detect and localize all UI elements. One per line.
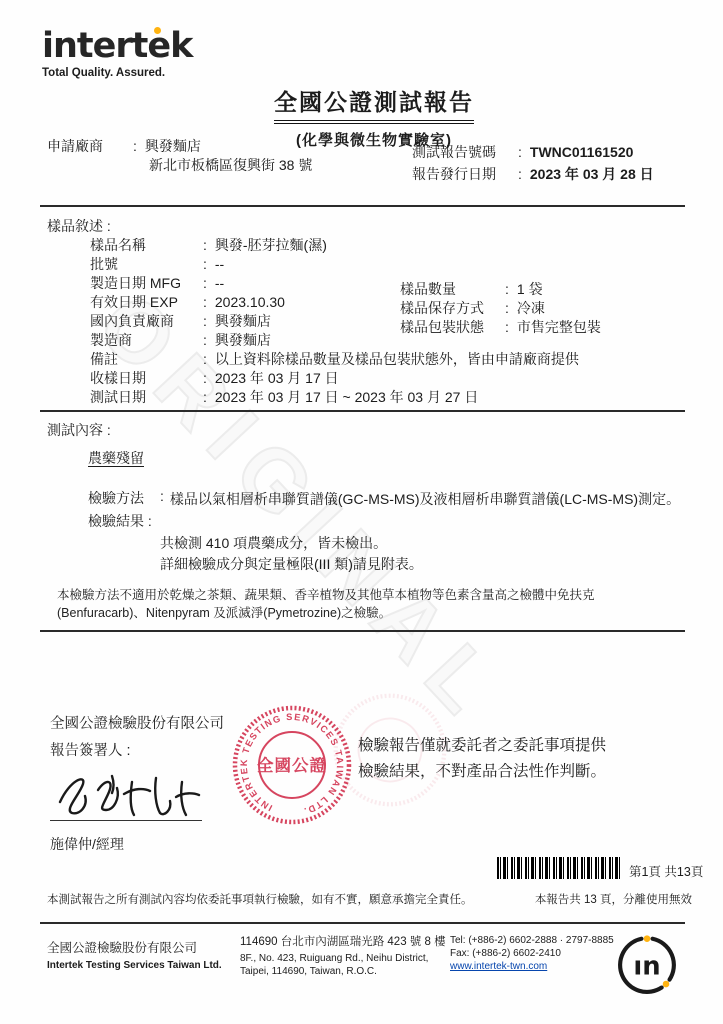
field-label: 國內負責廠商 — [90, 312, 195, 331]
footer-company-en: Intertek Testing Services Taiwan Ltd. — [47, 960, 222, 971]
method-label: 檢驗方法 — [88, 488, 160, 510]
field-value: 興發麵店 — [215, 331, 271, 350]
field-value: 冷凍 — [517, 299, 545, 318]
divider — [40, 630, 685, 632]
field-label: 備註 — [90, 350, 195, 369]
field-label: 樣品保存方式 — [400, 299, 497, 318]
bottom-left-disclaimer: 本測試報告之所有測試內容均依委託事項執行檢驗，如有不實，願意承擔完全責任。 — [47, 891, 473, 907]
divider — [40, 922, 685, 924]
result-label: 檢驗結果 : — [88, 511, 687, 531]
report-no-value: TWNC01161520 — [530, 141, 634, 163]
applicant-label: 申請廠商 — [47, 137, 125, 156]
disclaimer-line: 檢驗報告僅就委託者之委託事項提供 — [358, 733, 606, 759]
report-no-label: 測試報告號碼 — [412, 141, 510, 163]
signature-block: 全國公證檢驗股份有限公司 報告簽署人 : 施偉仲/經理 — [50, 712, 224, 854]
intertek-logo-text: intertek — [42, 26, 192, 66]
barcode — [497, 857, 621, 879]
footer-address-en: 8F., No. 423, Ruiguang Rd., Neihu Distri… — [240, 952, 446, 965]
footer-fax: Fax: (+886-2) 6602-2410 — [450, 947, 614, 960]
divider — [40, 205, 685, 207]
field-label: 測試日期 — [90, 388, 195, 407]
field-label: 收樣日期 — [90, 369, 195, 388]
bottom-right-note: 本報告共 13 頁，分離使用無效 — [535, 891, 692, 907]
signer-label: 報告簽署人 : — [50, 739, 224, 760]
field-value: 2023 年 03 月 17 日 ~ 2023 年 03 月 27 日 — [215, 388, 478, 407]
sample-right-column: 樣品數量1 袋 樣品保存方式冷凍 樣品包裝狀態市售完整包裝 — [400, 280, 601, 337]
report-meta-block: 測試報告號碼 TWNC01161520 報告發行日期 2023 年 03 月 2… — [412, 141, 654, 185]
field-value: -- — [215, 255, 224, 274]
field-label: 樣品包裝狀態 — [400, 318, 497, 337]
test-section: 測試內容 : 農藥殘留 檢驗方法 樣品以氣相層析串聯質譜儀(GC-MS-MS)及… — [47, 420, 687, 575]
bottom-disclaimer-row: 本測試報告之所有測試內容均依委託事項執行檢驗，如有不實，願意承擔完全責任。 本報… — [47, 891, 692, 907]
test-section-title: 測試內容 : — [47, 420, 687, 440]
field-label: 有效日期 EXP — [90, 293, 195, 312]
issue-date-value: 2023 年 03 月 28 日 — [530, 163, 654, 185]
result-line: 共檢測 410 項農藥成分，皆未檢出。 — [160, 533, 687, 554]
sample-section-title: 樣品敘述 : — [47, 216, 687, 236]
field-value: 市售完整包裝 — [517, 318, 601, 337]
test-item-name: 農藥殘留 — [88, 448, 144, 468]
disclaimer-line: 檢驗結果，不對產品合法性作判斷。 — [358, 759, 606, 785]
method-text: 樣品以氣相層析串聯質譜儀(GC-MS-MS)及液相層析串聯質譜儀(LC-MS-M… — [170, 488, 686, 510]
report-page: ORIGINAL intertek Total Quality. Assured… — [0, 0, 723, 1024]
footer-tel: Tel: (+886-2) 6602-2888 · 2797-8885 — [450, 934, 614, 947]
field-value: -- — [215, 274, 224, 293]
signature-image — [54, 766, 214, 818]
field-value: 興發-胚芽拉麵(濕) — [215, 236, 327, 255]
field-label: 製造日期 MFG — [90, 274, 195, 293]
issue-date-label: 報告發行日期 — [412, 163, 510, 185]
footer-address-zh: 114690 台北市內湖區瑞光路 423 號 8 樓 — [240, 936, 446, 949]
field-label: 樣品數量 — [400, 280, 497, 299]
footer-company-zh: 全國公證檢驗股份有限公司 — [47, 938, 222, 956]
field-label: 樣品名稱 — [90, 236, 195, 255]
result-line: 詳細檢驗成分與定量極限(III 類)請見附表。 — [160, 554, 687, 575]
field-value: 1 袋 — [517, 280, 543, 299]
intertek-logo: intertek Total Quality. Assured. — [42, 26, 192, 79]
divider — [40, 410, 685, 412]
footer-website-link[interactable]: www.intertek-twn.com — [450, 961, 547, 972]
report-title: 全國公證測試報告 — [274, 84, 474, 124]
issuing-company: 全國公證檢驗股份有限公司 — [50, 712, 224, 733]
intertek-roundel-icon: ın — [616, 934, 678, 996]
roundel-in-mark: ın — [633, 951, 660, 981]
field-value: 2023 年 03 月 17 日 — [215, 369, 339, 388]
signer-name: 施偉仲/經理 — [50, 834, 224, 854]
applicant-name: 興發麵店 — [145, 137, 201, 156]
footer-address-en: Taipei, 114690, Taiwan, R.O.C. — [240, 965, 446, 978]
applicant-block: 申請廠商 興發麵店 新北市板橋區復興街 38 號 — [47, 137, 312, 175]
field-label: 製造商 — [90, 331, 195, 350]
logo-tagline: Total Quality. Assured. — [42, 67, 192, 79]
signature-line — [50, 820, 202, 821]
field-label: 批號 — [90, 255, 195, 274]
field-value: 興發麵店 — [215, 312, 271, 331]
report-scope-disclaimer: 檢驗報告僅就委託者之委託事項提供 檢驗結果，不對產品合法性作判斷。 — [358, 733, 606, 785]
page-number: 第1頁 共13頁 — [629, 862, 703, 880]
field-value: 2023.10.30 — [215, 293, 285, 312]
field-value: 以上資料除樣品數量及樣品包裝狀態外，皆由申請廠商提供 — [215, 350, 579, 369]
applicant-address: 新北市板橋區復興街 38 號 — [149, 156, 312, 175]
method-limitation-note: 本檢驗方法不適用於乾燥之茶類、蔬果類、香辛植物及其他草本植物等色素含量高之檢體中… — [57, 587, 647, 622]
